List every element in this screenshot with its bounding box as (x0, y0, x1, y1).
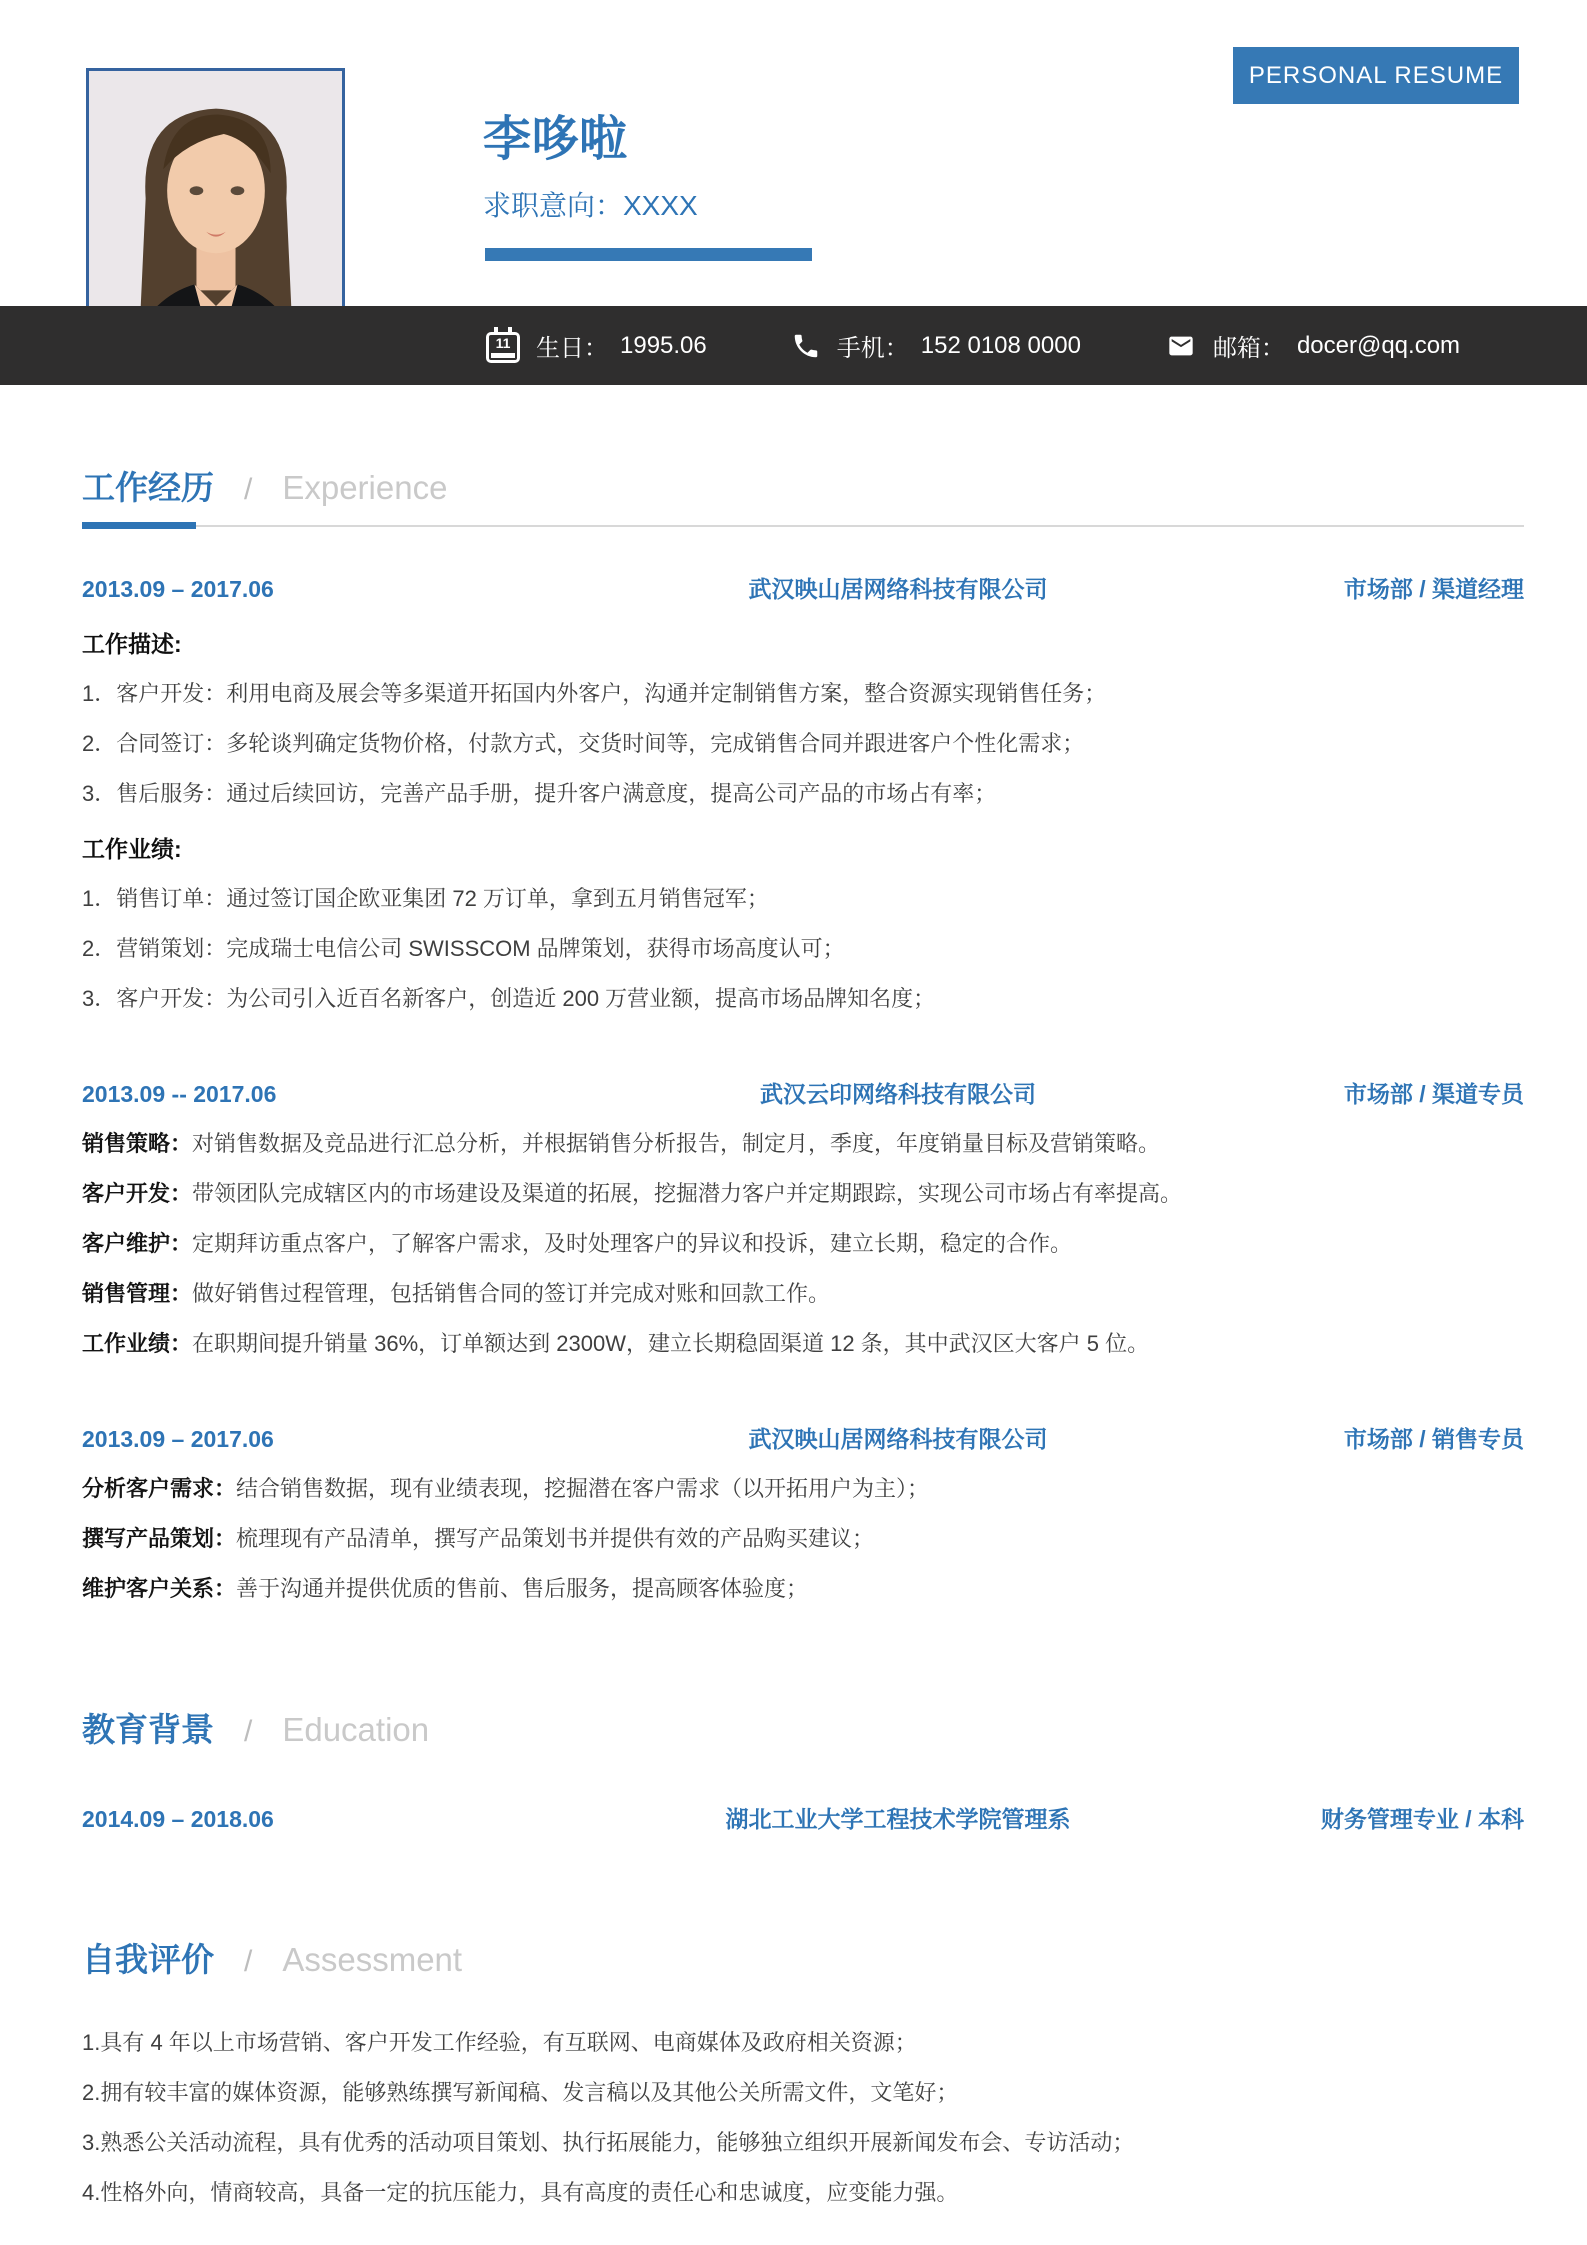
line-label: 维护客户关系： (82, 1576, 236, 1601)
resume-page: PERSONAL RESUME 李哆啦 求职意向：XXXX 11 生日： (0, 0, 1587, 2245)
calendar-day-number: 11 (496, 335, 511, 351)
line-label: 工作业绩： (82, 1331, 192, 1356)
labeled-line: 销售管理：做好销售过程管理，包括销售合同的签订并完成对账和回款工作。 (82, 1278, 1524, 1309)
envelope-icon (1165, 332, 1197, 360)
line-label: 客户维护： (82, 1231, 192, 1256)
description-item: 3．售后服务：通过后续回访，完善产品手册，提升客户满意度，提高公司产品的市场占有… (82, 778, 1524, 809)
labeled-line: 客户维护：定期拜访重点客户，了解客户需求，及时处理客户的异议和投诉，建立长期，稳… (82, 1228, 1524, 1259)
job-header: 2013.09 -- 2017.06 武汉云印网络科技有限公司 市场部 / 渠道… (82, 1076, 1524, 1109)
phone-icon (791, 331, 821, 361)
email-value: docer@qq.com (1297, 332, 1460, 360)
personal-resume-badge: PERSONAL RESUME (1233, 47, 1519, 104)
section-title-cn: 教育背景 (82, 1704, 214, 1751)
education-major: 财务管理专业 / 本科 (1234, 1801, 1524, 1834)
section-title-slash: / (244, 473, 252, 507)
job-header: 2013.09 – 2017.06 武汉映山居网络科技有限公司 市场部 / 销售… (82, 1421, 1524, 1454)
description-item: 2．合同签订：多轮谈判确定货物价格，付款方式，交货时间等，完成销售合同并跟进客户… (82, 728, 1524, 759)
birthday-value: 1995.06 (620, 332, 707, 360)
contact-email: 邮箱： docer@qq.com (1165, 328, 1460, 363)
section-divider (82, 522, 1524, 529)
group-heading-description: 工作描述: (82, 626, 1524, 659)
job-entry-2: 2013.09 -- 2017.06 武汉云印网络科技有限公司 市场部 / 渠道… (82, 1076, 1524, 1359)
assessment-list: 1.具有 4 年以上市场营销、客户开发工作经验，有互联网、电商媒体及政府相关资源… (82, 2027, 1524, 2208)
line-text: 带领团队完成辖区内的市场建设及渠道的拓展，挖掘潜力客户并定期跟踪，实现公司市场占… (192, 1181, 1182, 1206)
line-text: 在职期间提升销量 36%，订单额达到 2300W，建立长期稳固渠道 12 条，其… (192, 1331, 1149, 1356)
birthday-label: 生日： (536, 328, 608, 363)
group-heading-achievements: 工作业绩: (82, 831, 1524, 864)
calendar-strip (491, 353, 515, 358)
line-label: 撰写产品策划： (82, 1526, 236, 1551)
job-company: 武汉映山居网络科技有限公司 (562, 571, 1234, 604)
calendar-icon: 11 (486, 332, 520, 363)
labeled-line: 维护客户关系：善于沟通并提供优质的售前、售后服务，提高顾客体验度； (82, 1573, 1524, 1604)
job-period: 2013.09 – 2017.06 (82, 1426, 562, 1453)
section-title-slash: / (244, 1945, 252, 1979)
assessment-header: 自我评价 / Assessment (82, 1934, 1524, 1981)
line-label: 分析客户需求： (82, 1476, 236, 1501)
line-text: 善于沟通并提供优质的售前、售后服务，提高顾客体验度； (236, 1576, 808, 1601)
line-label: 销售策略： (82, 1131, 192, 1156)
achievement-item: 1．销售订单：通过签订国企欧亚集团 72 万订单，拿到五月销售冠军； (82, 883, 1524, 914)
labeled-line: 分析客户需求：结合销售数据，现有业绩表现，挖掘潜在客户需求（以开拓用户为主）； (82, 1473, 1524, 1504)
line-text: 结合销售数据，现有业绩表现，挖掘潜在客户需求（以开拓用户为主）； (236, 1476, 929, 1501)
labeled-line: 工作业绩：在职期间提升销量 36%，订单额达到 2300W，建立长期稳固渠道 1… (82, 1328, 1524, 1359)
education-school: 湖北工业大学工程技术学院管理系 (562, 1801, 1234, 1834)
education-entry: 2014.09 – 2018.06 湖北工业大学工程技术学院管理系 财务管理专业… (82, 1801, 1524, 1834)
email-label: 邮箱： (1213, 328, 1285, 363)
section-title-en: Experience (282, 469, 447, 507)
section-title-cn: 自我评价 (82, 1934, 214, 1981)
assessment-item: 1.具有 4 年以上市场营销、客户开发工作经验，有互联网、电商媒体及政府相关资源… (82, 2027, 1524, 2058)
education-period: 2014.09 – 2018.06 (82, 1806, 562, 1833)
job-intention: 求职意向：XXXX (483, 184, 698, 224)
contact-birthday: 11 生日： 1995.06 (486, 328, 707, 363)
candidate-name: 李哆啦 (483, 100, 627, 169)
phone-value: 152 0108 0000 (921, 332, 1081, 360)
education-header: 教育背景 / Education (82, 1704, 1524, 1751)
contact-bar: 11 生日： 1995.06 手机： 152 0108 0000 邮箱： doc… (0, 306, 1587, 385)
line-label: 客户开发： (82, 1181, 192, 1206)
labeled-line: 销售策略：对销售数据及竞品进行汇总分析，并根据销售分析报告，制定月，季度，年度销… (82, 1128, 1524, 1159)
achievement-item: 3．客户开发：为公司引入近百名新客户，创造近 200 万营业额，提高市场品牌知名… (82, 983, 1524, 1014)
section-title-en: Assessment (282, 1941, 462, 1979)
assessment-section: 自我评价 / Assessment 1.具有 4 年以上市场营销、客户开发工作经… (82, 1934, 1524, 2208)
job-role: 市场部 / 渠道专员 (1234, 1076, 1524, 1109)
divider-line (196, 525, 1524, 527)
assessment-item: 2.拥有较丰富的媒体资源，能够熟练撰写新闻稿、发言稿以及其他公关所需文件，文笔好… (82, 2077, 1524, 2108)
labeled-line: 客户开发：带领团队完成辖区内的市场建设及渠道的拓展，挖掘潜力客户并定期跟踪，实现… (82, 1178, 1524, 1209)
section-title-en: Education (282, 1711, 429, 1749)
job-period: 2013.09 -- 2017.06 (82, 1081, 562, 1108)
education-section: 教育背景 / Education 2014.09 – 2018.06 湖北工业大… (82, 1704, 1524, 1834)
line-text: 梳理现有产品清单，撰写产品策划书并提供有效的产品购买建议； (236, 1526, 874, 1551)
job-entry-1: 2013.09 – 2017.06 武汉映山居网络科技有限公司 市场部 / 渠道… (82, 571, 1524, 1014)
job-role: 市场部 / 渠道经理 (1234, 571, 1524, 604)
labeled-line: 撰写产品策划：梳理现有产品清单，撰写产品策划书并提供有效的产品购买建议； (82, 1523, 1524, 1554)
line-text: 对销售数据及竞品进行汇总分析，并根据销售分析报告，制定月，季度，年度销量目标及营… (192, 1131, 1160, 1156)
job-period: 2013.09 – 2017.06 (82, 576, 562, 603)
description-item: 1．客户开发：利用电商及展会等多渠道开拓国内外客户，沟通并定制销售方案，整合资源… (82, 678, 1524, 709)
section-title-slash: / (244, 1715, 252, 1749)
assessment-item: 4.性格外向，情商较高，具备一定的抗压能力，具有高度的责任心和忠诚度，应变能力强… (82, 2177, 1524, 2208)
experience-section: 工作经历 / Experience 2013.09 – 2017.06 武汉映山… (82, 462, 1524, 1604)
phone-label: 手机： (837, 328, 909, 363)
job-entry-3: 2013.09 – 2017.06 武汉映山居网络科技有限公司 市场部 / 销售… (82, 1421, 1524, 1604)
experience-header: 工作经历 / Experience (82, 462, 1524, 509)
job-role: 市场部 / 销售专员 (1234, 1421, 1524, 1454)
section-title-cn: 工作经历 (82, 462, 214, 509)
contact-phone: 手机： 152 0108 0000 (791, 328, 1081, 363)
job-header: 2013.09 – 2017.06 武汉映山居网络科技有限公司 市场部 / 渠道… (82, 571, 1524, 604)
assessment-item: 3.熟悉公关活动流程，具有优秀的活动项目策划、执行拓展能力，能够独立组织开展新闻… (82, 2127, 1524, 2158)
accent-underline (485, 248, 812, 261)
job-company: 武汉云印网络科技有限公司 (562, 1076, 1234, 1109)
achievement-item: 2．营销策划：完成瑞士电信公司 SWISSCOM 品牌策划，获得市场高度认可； (82, 933, 1524, 964)
resume-body: 工作经历 / Experience 2013.09 – 2017.06 武汉映山… (82, 462, 1524, 2208)
line-label: 销售管理： (82, 1281, 192, 1306)
divider-accent-segment (82, 522, 196, 529)
job-company: 武汉映山居网络科技有限公司 (562, 1421, 1234, 1454)
line-text: 做好销售过程管理，包括销售合同的签订并完成对账和回款工作。 (192, 1281, 830, 1306)
line-text: 定期拜访重点客户，了解客户需求，及时处理客户的异议和投诉，建立长期，稳定的合作。 (192, 1231, 1072, 1256)
